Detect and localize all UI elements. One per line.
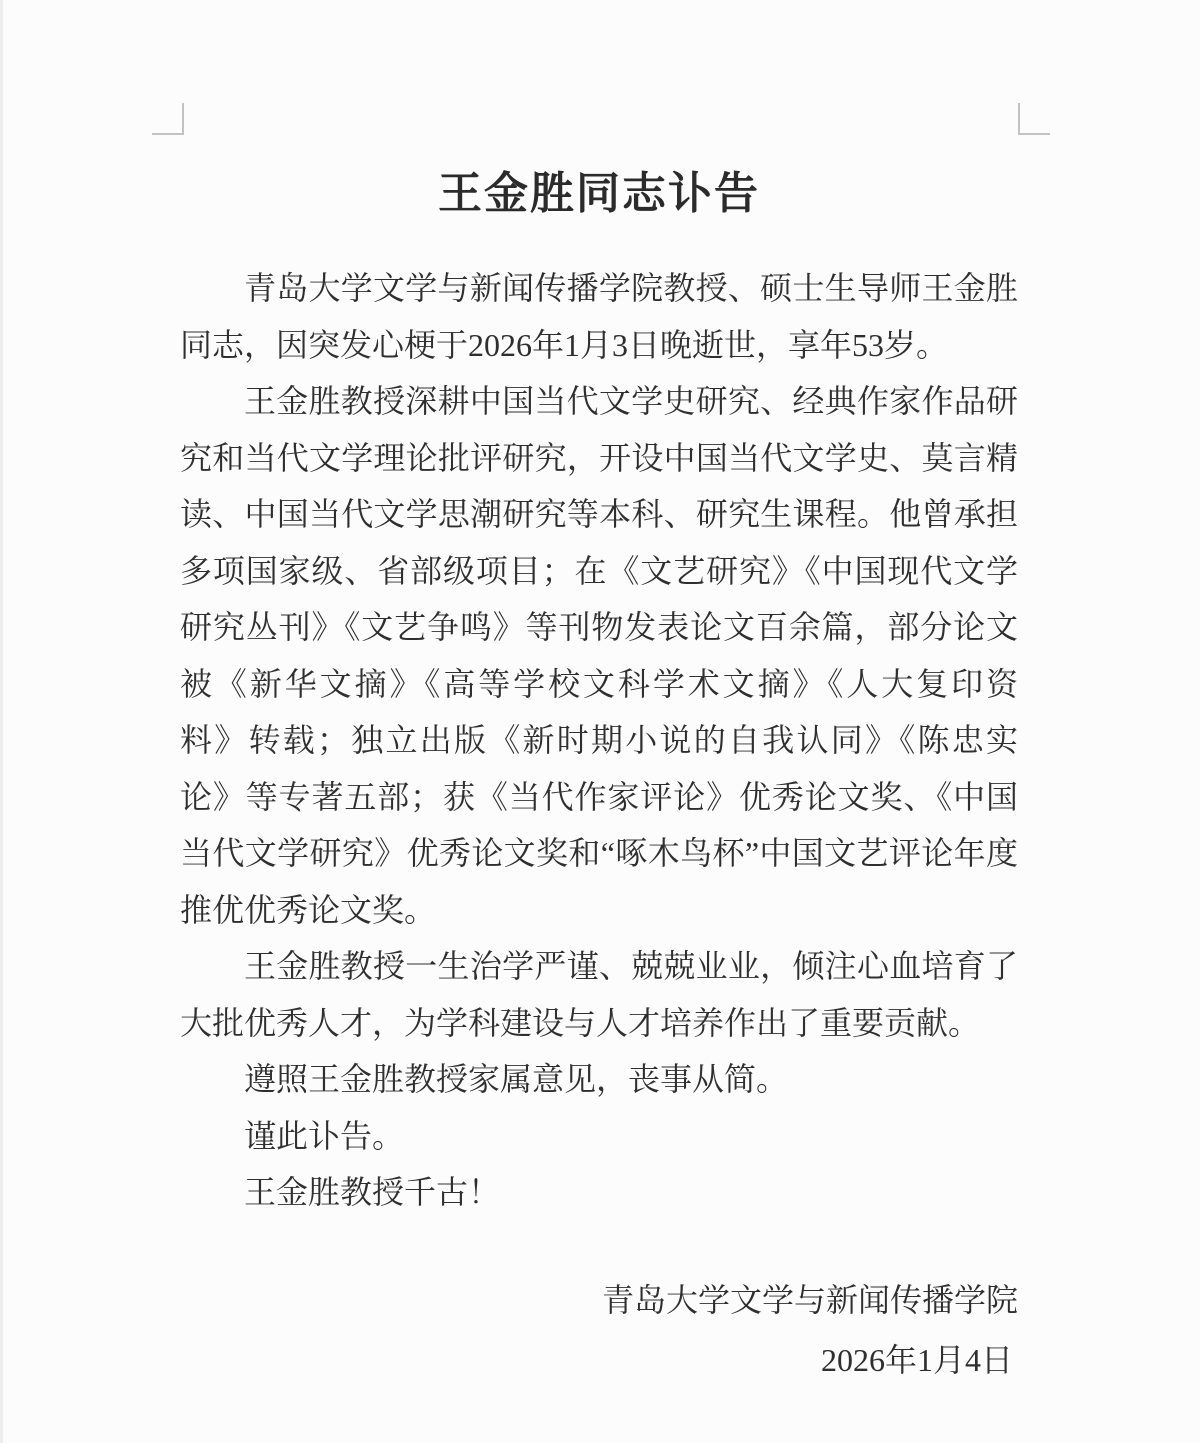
signature-institution: 青岛大学文学与新闻传播学院	[180, 1270, 1018, 1330]
signature-date: 2026年1月4日	[180, 1330, 1018, 1390]
body-line: 究和当代文学理论批评研究，开设中国当代文学史、莫言精	[180, 430, 1018, 487]
body-line: 大批优秀人才，为学科建设与人才培养作出了重要贡献。	[180, 995, 1018, 1052]
body-line: 谨此讣告。	[180, 1108, 1018, 1165]
page-left-edge-shadow	[0, 0, 3, 1443]
body-line: 推优优秀论文奖。	[180, 882, 1018, 939]
text-boundary-mark-top-left	[152, 103, 184, 135]
signature-block: 青岛大学文学与新闻传播学院 2026年1月4日	[180, 1270, 1018, 1390]
body-line: 王金胜教授千古！	[180, 1164, 1018, 1221]
body-line: 遵照王金胜教授家属意见，丧事从简。	[180, 1051, 1018, 1108]
body-line: 当代文学研究》优秀论文奖和“啄木鸟杯”中国文艺评论年度	[180, 825, 1018, 882]
body-line: 读、中国当代文学思潮研究等本科、研究生课程。他曾承担	[180, 486, 1018, 543]
body-line: 研究丛刊》《文艺争鸣》等刊物发表论文百余篇，部分论文	[180, 599, 1018, 656]
obituary-body: 青岛大学文学与新闻传播学院教授、硕士生导师王金胜 同志，因突发心梗于2026年1…	[180, 260, 1018, 1221]
body-line: 多项国家级、省部级项目；在《文艺研究》《中国现代文学	[180, 543, 1018, 600]
body-line: 同志，因突发心梗于2026年1月3日晚逝世，享年53岁。	[180, 317, 1018, 374]
body-line: 被《新华文摘》《高等学校文科学术文摘》《人大复印资	[180, 656, 1018, 713]
text-boundary-mark-top-right	[1018, 103, 1050, 135]
body-line: 青岛大学文学与新闻传播学院教授、硕士生导师王金胜	[180, 260, 1018, 317]
body-line: 王金胜教授深耕中国当代文学史研究、经典作家作品研	[180, 373, 1018, 430]
body-line: 论》等专著五部；获《当代作家评论》优秀论文奖、《中国	[180, 769, 1018, 826]
body-line: 料》转载；独立出版《新时期小说的自我认同》《陈忠实	[180, 712, 1018, 769]
obituary-title: 王金胜同志讣告	[180, 159, 1018, 229]
body-line: 王金胜教授一生治学严谨、兢兢业业，倾注心血培育了	[180, 938, 1018, 995]
